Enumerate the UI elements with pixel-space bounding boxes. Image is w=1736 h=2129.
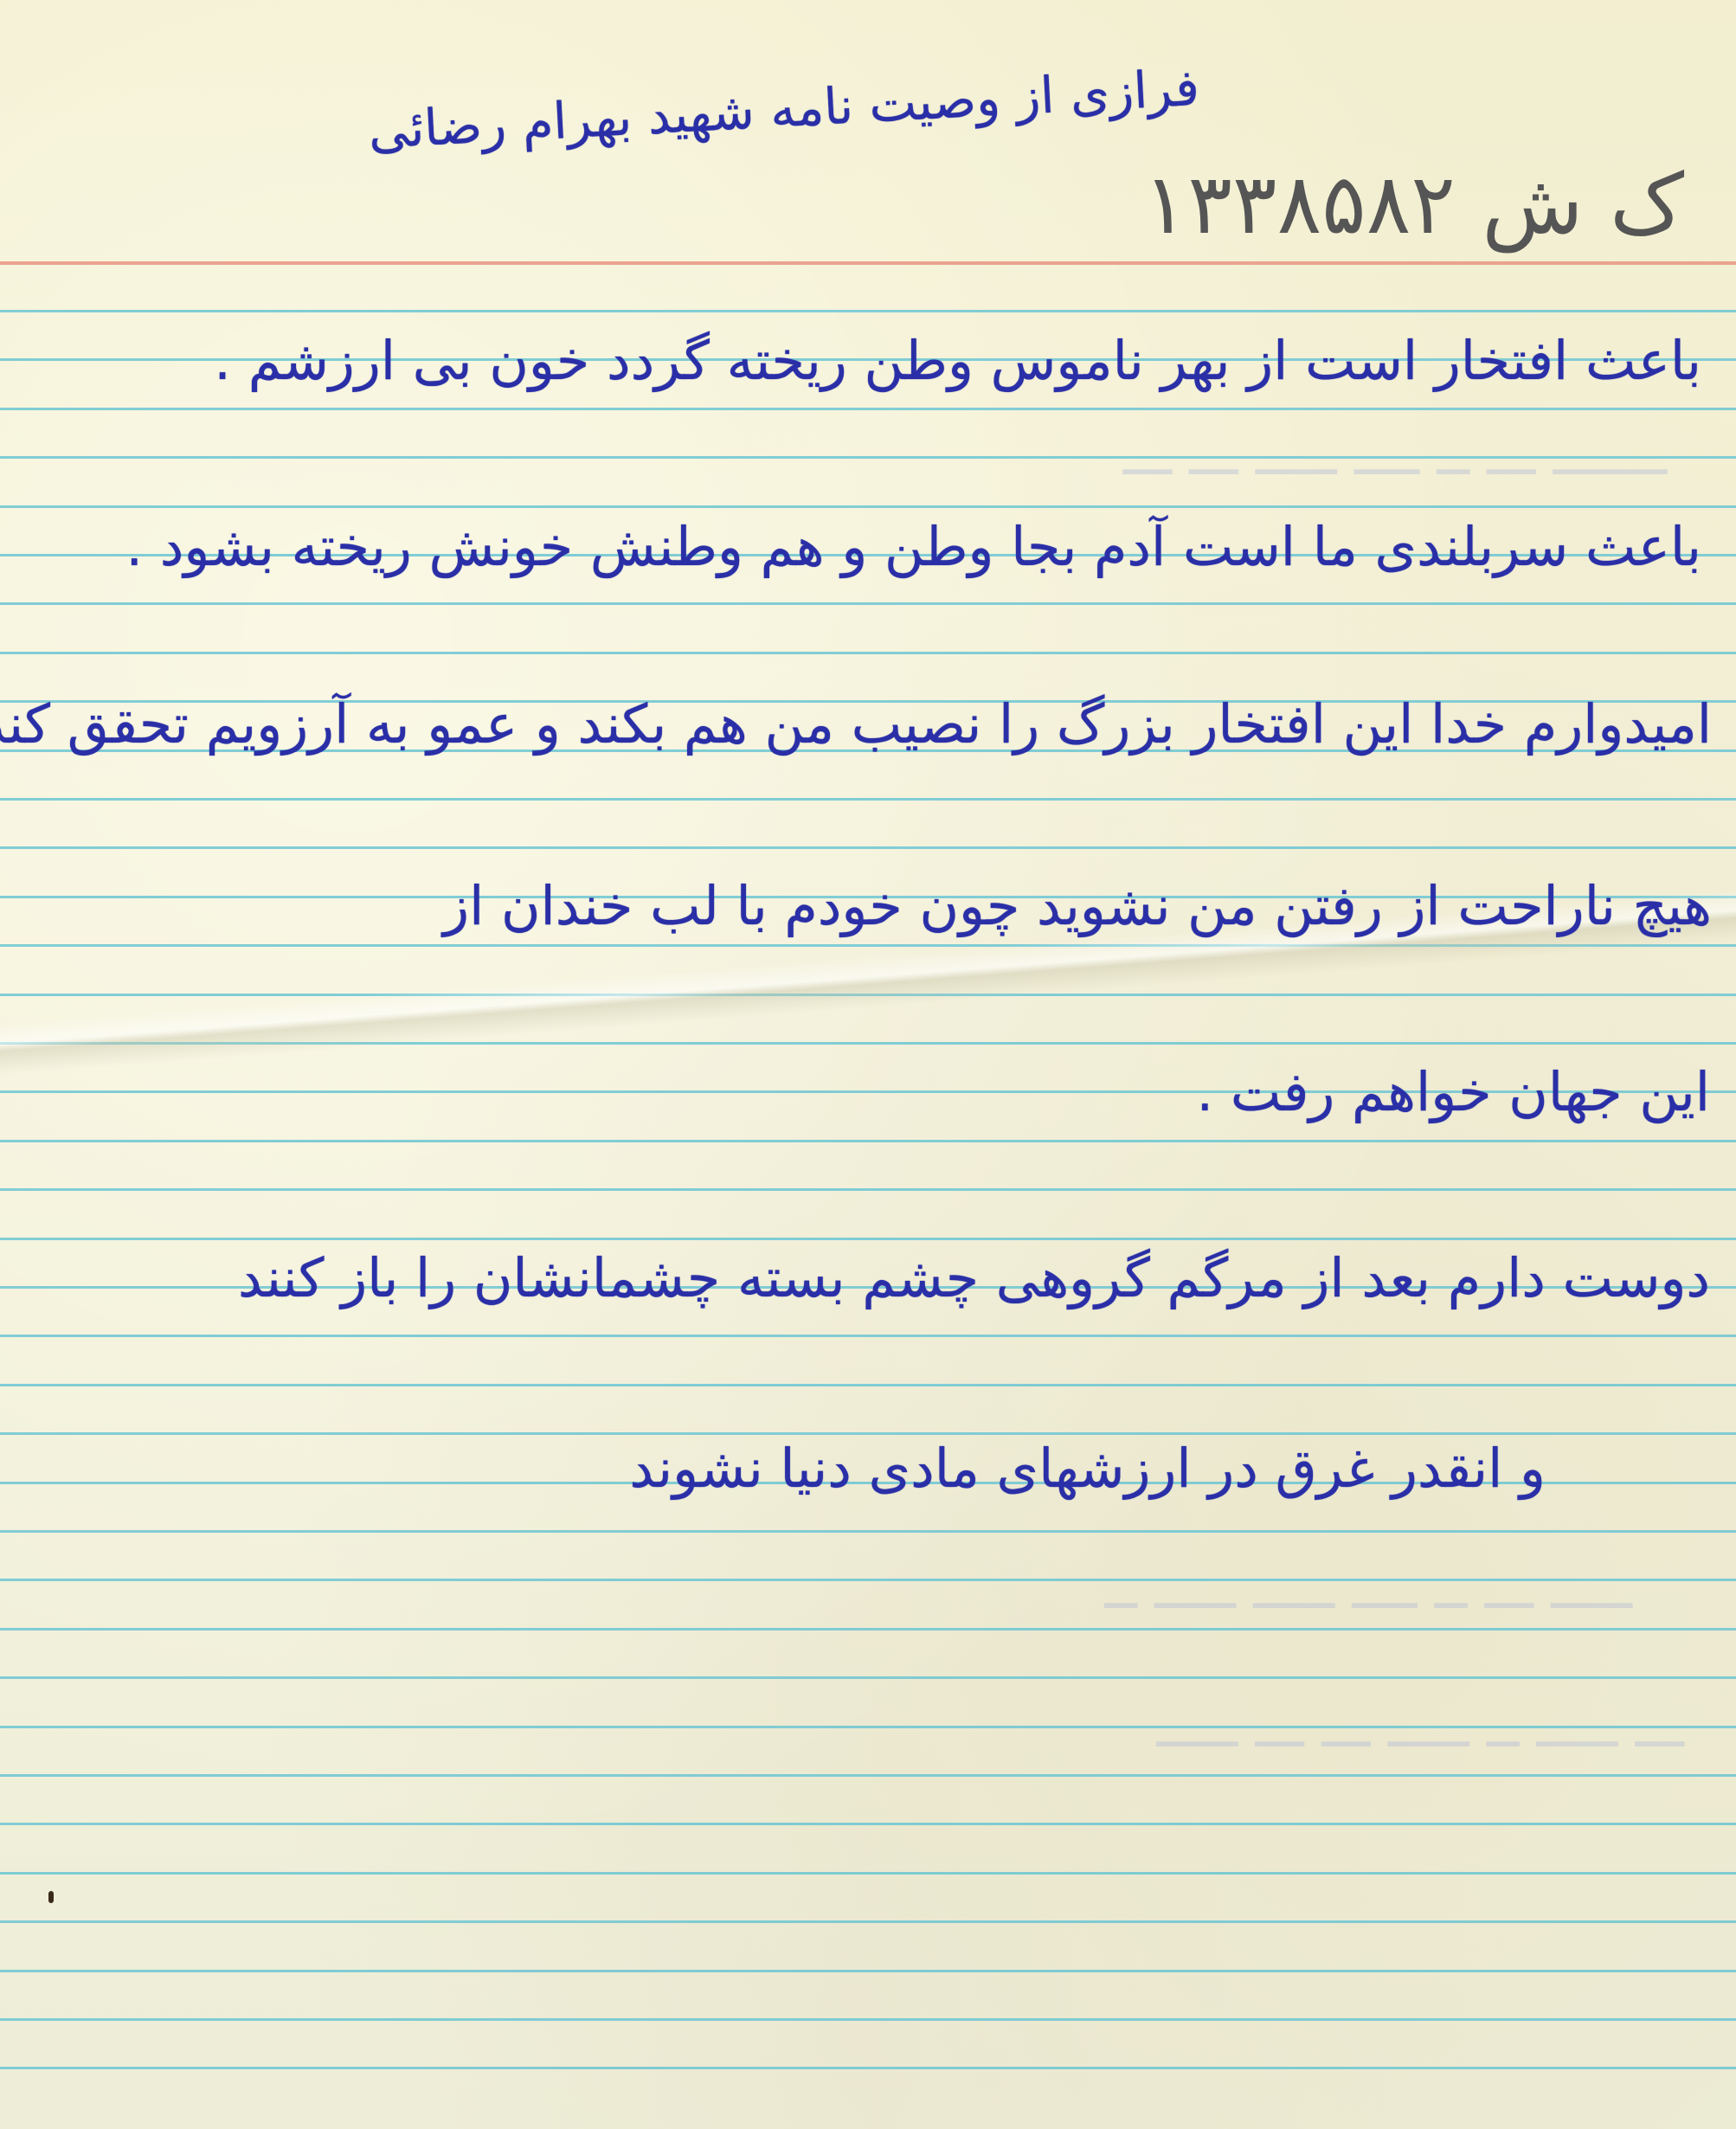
rule-line (0, 1335, 1736, 1337)
letter-page: ـــــــ ـــ ــ ــــ ـــــ ـــ ـــ ـــــ … (0, 0, 1736, 2129)
rule-line (0, 2067, 1736, 2069)
letter-heading: فرازی از وصیت نامه شهید بهرام رضائی (367, 58, 1201, 160)
rule-line (0, 1530, 1736, 1533)
rule-line (0, 798, 1736, 801)
rule-line (0, 1970, 1736, 1972)
rule-line (0, 1238, 1736, 1240)
letter-line: این جهان خواهم رفت . (1196, 1060, 1710, 1123)
letter-line: و انقدر غرق در ارزشهای مادی دنیا نشوند (629, 1437, 1546, 1500)
indentation-marks: ـــــــ ـــ ــ ــــ ـــــ ـــ ـــ (1123, 424, 1667, 488)
rule-line (0, 1823, 1736, 1825)
indentation-marks: ـــــ ـــ ــ ــــ ـــــ ـــــ ــ (1104, 1558, 1632, 1622)
paper-speck (48, 1891, 54, 1903)
rule-line (0, 310, 1736, 312)
letter-line: امیدوارم خدا این افتخار بزرگ را نصیب من … (0, 692, 1712, 756)
rule-line (0, 652, 1736, 654)
indentation-marks: ـــ ـــــ ــ ـــــ ـــ ـــ ـــــ (1156, 1696, 1684, 1760)
rule-line (0, 1774, 1736, 1777)
rule-line (0, 1920, 1736, 1923)
rule-line (0, 1628, 1736, 1631)
rule-line (0, 602, 1736, 605)
rule-line (0, 1676, 1736, 1679)
top-margin-rule (0, 261, 1736, 265)
rule-line (0, 1384, 1736, 1386)
letter-line: هیچ ناراحت از رفتن من نشوید چون خودم با … (443, 874, 1712, 937)
rule-line (0, 846, 1736, 849)
rule-line (0, 1872, 1736, 1875)
rule-line (0, 408, 1736, 410)
rule-line (0, 2018, 1736, 2021)
archive-reference-number: ک ش ۱۳۳۸۵۸۲ (1143, 156, 1684, 253)
rule-line (0, 1432, 1736, 1435)
letter-line: باعث افتخار است از بهر ناموس وطن ریخته گ… (214, 329, 1701, 392)
letter-line: دوست دارم بعد از مرگم گروهی چشم بسته چشم… (238, 1246, 1710, 1309)
letter-line: باعث سربلندی ما است آدم بجا وطن و هم وطن… (125, 515, 1701, 578)
rule-line (0, 505, 1736, 508)
rule-line (0, 1188, 1736, 1191)
rule-line (0, 1140, 1736, 1142)
